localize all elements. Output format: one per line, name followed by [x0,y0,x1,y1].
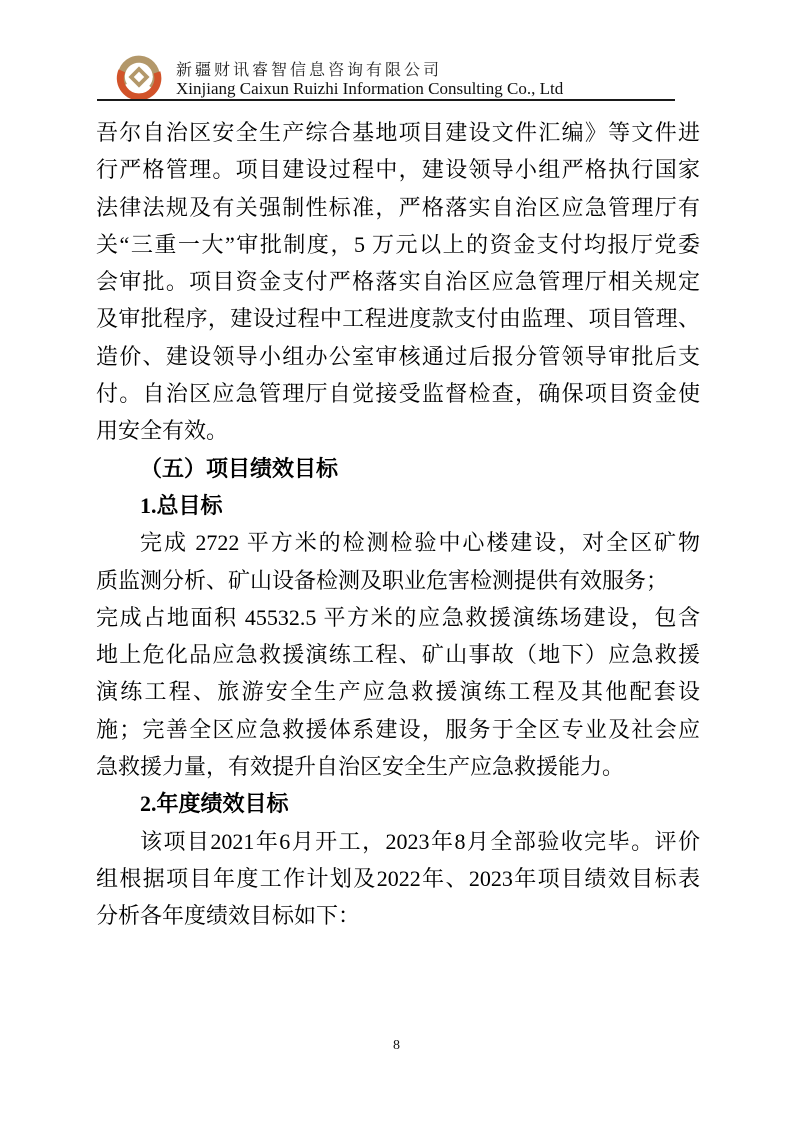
company-name-zh: 新疆财讯睿智信息咨询有限公司 [176,57,442,80]
text-line: 吾尔自治区安全生产综合基地项目建设文件汇编》等文件进 [96,114,700,151]
text-line: 演练工程、旅游安全生产应急救援演练工程及其他配套设 [96,673,700,710]
text-line: 完成 2722 平方米的检测检验中心楼建设，对全区矿物 [96,524,700,561]
section-heading: 2.年度绩效目标 [96,785,700,822]
text-line: 急救援力量，有效提升自治区安全生产应急救援能力。 [96,748,700,785]
document-page: 新疆财讯睿智信息咨询有限公司 Xinjiang Caixun Ruizhi In… [0,0,793,1122]
text-line: 施；完善全区应急救援体系建设，服务于全区专业及社会应 [96,711,700,748]
text-line: 法律法规及有关强制性标准，严格落实自治区应急管理厅有 [96,189,700,226]
text-line: 用安全有效。 [96,412,700,449]
document-body: 吾尔自治区安全生产综合基地项目建设文件汇编》等文件进行严格管理。项目建设过程中，… [96,114,700,935]
page-header: 新疆财讯睿智信息咨询有限公司 Xinjiang Caixun Ruizhi In… [0,0,793,100]
text-line: 付。自治区应急管理厅自觉接受监督检查，确保项目资金使 [96,375,700,412]
text-line: 关“三重一大”审批制度，5 万元以上的资金支付均报厅党委 [96,226,700,263]
header-divider [97,99,675,101]
text-line: 完成占地面积 45532.5 平方米的应急救援演练场建设，包含 [96,599,700,636]
company-name-en: Xinjiang Caixun Ruizhi Information Consu… [176,79,563,99]
text-line: 质监测分析、矿山设备检测及职业危害检测提供有效服务； [96,562,700,599]
page-number: 8 [0,1038,793,1054]
text-line: 行严格管理。项目建设过程中，建设领导小组严格执行国家 [96,151,700,188]
text-line: 会审批。项目资金支付严格落实自治区应急管理厅相关规定 [96,263,700,300]
text-line: 该项目2021年6月开工，2023年8月全部验收完毕。评价 [96,823,700,860]
text-line: 分析各年度绩效目标如下： [96,897,700,934]
text-line: 造价、建设领导小组办公室审核通过后报分管领导审批后支 [96,338,700,375]
section-heading: 1.总目标 [96,487,700,524]
company-logo-icon [114,52,164,102]
text-line: 及审批程序，建设过程中工程进度款支付由监理、项目管理、 [96,300,700,337]
section-heading: （五）项目绩效目标 [96,450,700,487]
text-line: 地上危化品应急救援演练工程、矿山事故（地下）应急救援 [96,636,700,673]
text-line: 组根据项目年度工作计划及2022年、2023年项目绩效目标表 [96,860,700,897]
